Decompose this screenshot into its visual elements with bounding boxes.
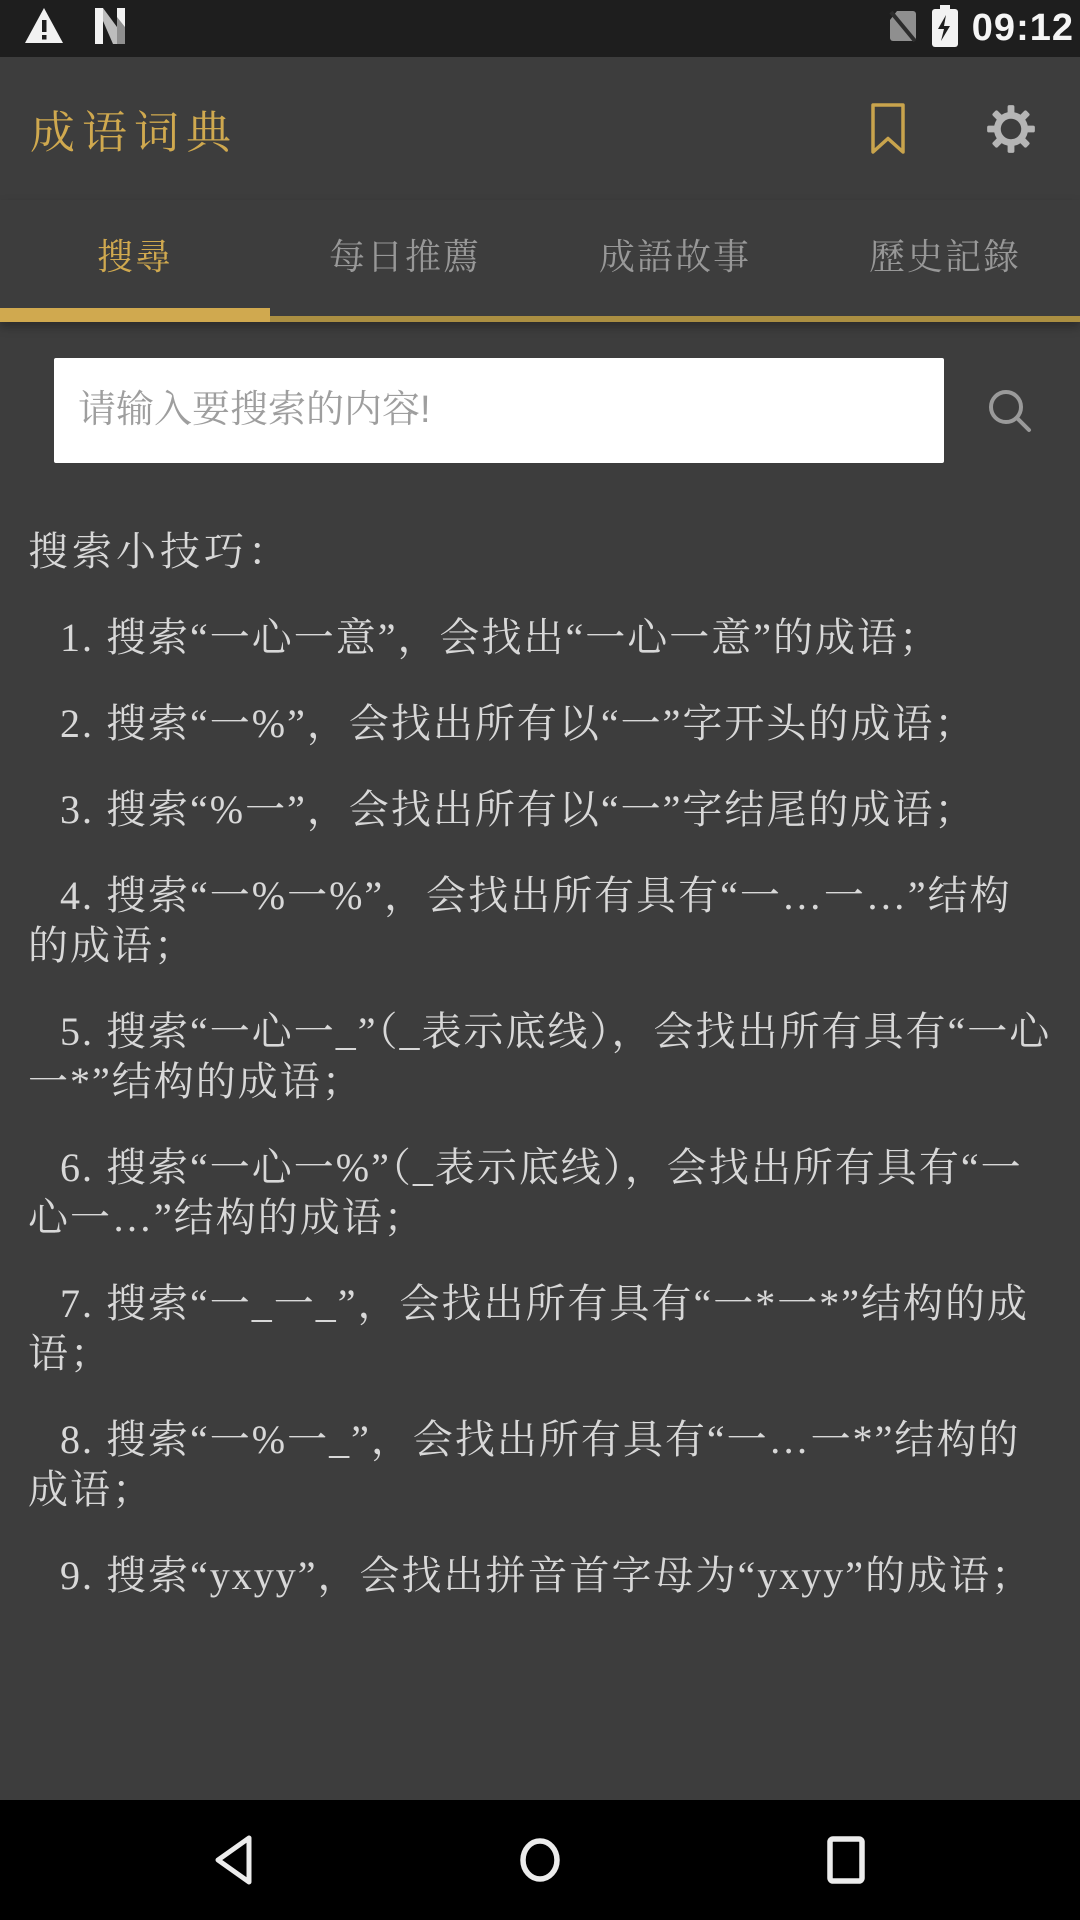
tip-item: 2. 搜索“一%”，会找出所有以“一”字开头的成语；	[28, 699, 1052, 749]
app-screen: 09:12 成语词典	[0, 0, 1080, 1920]
status-bar-left	[24, 7, 130, 50]
battery-charging-icon	[932, 5, 958, 52]
tab-history[interactable]: 歷史記錄	[810, 200, 1080, 322]
tip-item: 7. 搜索“一_一_”，会找出所有具有“一*一*”结构的成语；	[28, 1279, 1052, 1379]
tab-bar: 搜尋 每日推薦 成語故事 歷史記錄	[0, 200, 1080, 322]
search-row	[54, 358, 1036, 463]
settings-gear-icon[interactable]	[986, 104, 1036, 154]
warning-icon	[24, 7, 64, 50]
search-icon[interactable]	[984, 385, 1036, 437]
status-bar-right: 09:12	[888, 5, 1074, 52]
back-icon[interactable]	[206, 1832, 262, 1888]
clock-time: 09:12	[972, 7, 1074, 50]
tips-title: 搜索小技巧：	[28, 527, 1052, 577]
main-content: 搜索小技巧： 1. 搜索“一心一意”，会找出“一心一意”的成语； 2. 搜索“一…	[0, 322, 1080, 1800]
app-header: 成语词典	[0, 57, 1080, 200]
home-icon[interactable]	[512, 1832, 568, 1888]
header-actions	[870, 103, 1036, 155]
tip-item: 8. 搜索“一%一_”，会找出所有具有“一…一*”结构的成语；	[28, 1415, 1052, 1515]
tab-daily-recommend[interactable]: 每日推薦	[270, 200, 540, 322]
tab-idiom-stories[interactable]: 成語故事	[540, 200, 810, 322]
tip-item: 1. 搜索“一心一意”，会找出“一心一意”的成语；	[28, 613, 1052, 663]
tip-item: 6. 搜索“一心一%”（_表示底线），会找出所有具有“一心一…”结构的成语；	[28, 1143, 1052, 1243]
tip-item: 4. 搜索“一%一%”，会找出所有具有“一…一…”结构的成语；	[28, 871, 1052, 971]
search-tips: 搜索小技巧： 1. 搜索“一心一意”，会找出“一心一意”的成语； 2. 搜索“一…	[28, 527, 1052, 1601]
android-n-icon	[90, 7, 130, 50]
tab-search[interactable]: 搜尋	[0, 200, 270, 322]
page-title: 成语词典	[30, 96, 238, 161]
recents-icon[interactable]	[818, 1832, 874, 1888]
android-nav-bar	[0, 1800, 1080, 1920]
tip-item: 9. 搜索“yxyy”，会找出拼音首字母为“yxyy”的成语；	[28, 1551, 1052, 1601]
search-input[interactable]	[54, 358, 944, 463]
tip-item: 3. 搜索“%一”，会找出所有以“一”字结尾的成语；	[28, 785, 1052, 835]
no-sim-icon	[888, 8, 918, 49]
bookmark-icon[interactable]	[870, 103, 906, 155]
status-bar: 09:12	[0, 0, 1080, 57]
tip-item: 5. 搜索“一心一_”（_表示底线），会找出所有具有“一心一*”结构的成语；	[28, 1007, 1052, 1107]
